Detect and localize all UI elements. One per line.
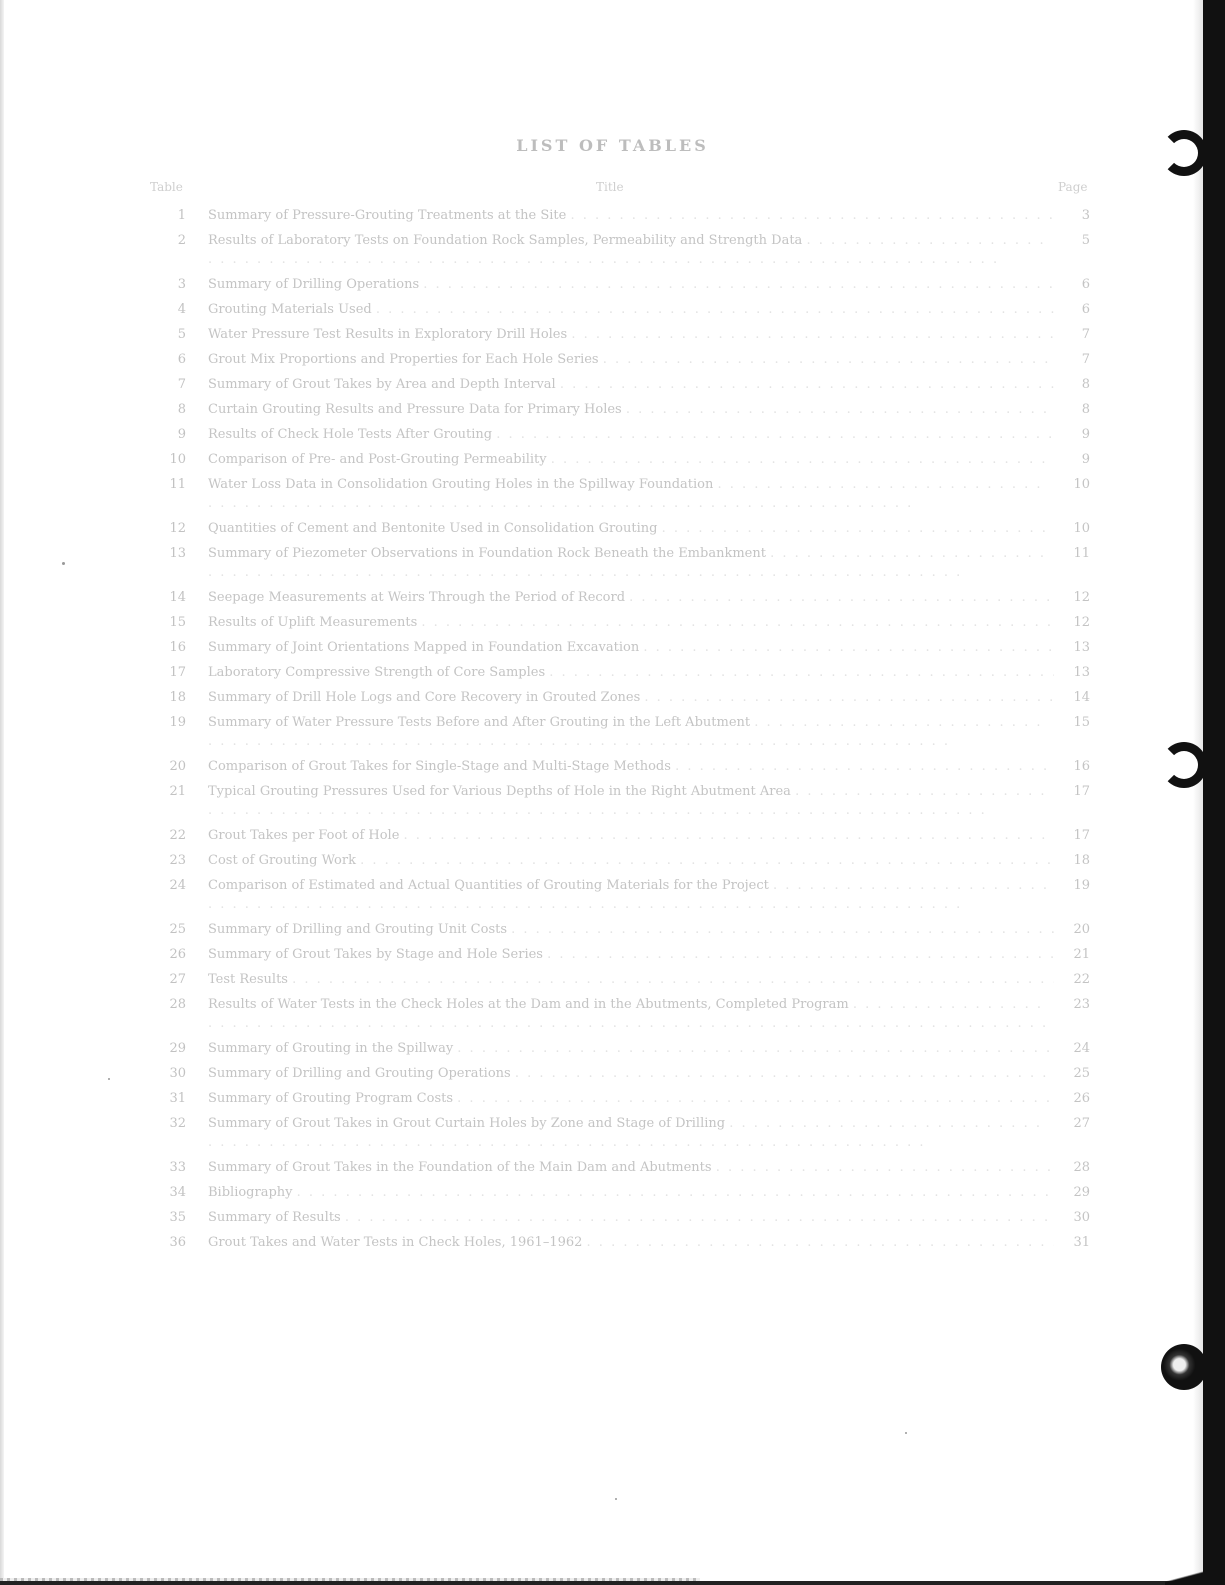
entry-page: 8 [1054, 400, 1090, 419]
entry-page: 25 [1054, 1064, 1090, 1083]
binder-edge [1203, 0, 1225, 1585]
entry-page: 30 [1054, 1208, 1090, 1227]
entry-title: Summary of Piezometer Observations in Fo… [208, 544, 1054, 582]
entry-number: 1 [150, 206, 208, 225]
entry-number: 2 [150, 231, 208, 250]
entry-title: Seepage Measurements at Weirs Through th… [208, 588, 1054, 607]
list-item: 18Summary of Drill Hole Logs and Core Re… [150, 688, 1090, 707]
scan-speck [615, 1498, 617, 1500]
entry-page: 15 [1054, 713, 1090, 732]
leader-dots: . . . . . . . . . . . . . . . . . . . . … [511, 922, 1054, 937]
entry-number: 36 [150, 1233, 208, 1252]
list-item: 36Grout Takes and Water Tests in Check H… [150, 1233, 1090, 1252]
entry-title: Comparison of Grout Takes for Single-Sta… [208, 757, 1054, 776]
column-header-page: Page [1058, 180, 1087, 194]
entry-title: Grouting Materials Used . . . . . . . . … [208, 300, 1054, 319]
leader-dots: . . . . . . . . . . . . . . . . . . . . … [570, 208, 1054, 223]
entry-number: 17 [150, 663, 208, 682]
leader-dots: . . . . . . . . . . . . . . . . . . . . … [292, 972, 1054, 987]
entry-page: 24 [1054, 1039, 1090, 1058]
entry-number: 13 [150, 544, 208, 563]
entry-title: Results of Laboratory Tests on Foundatio… [208, 231, 1054, 269]
entry-title: Curtain Grouting Results and Pressure Da… [208, 400, 1054, 419]
entry-number: 7 [150, 375, 208, 394]
entry-number: 27 [150, 970, 208, 989]
entry-page: 28 [1054, 1158, 1090, 1177]
entry-title: Summary of Grout Takes by Stage and Hole… [208, 945, 1054, 964]
list-item: 9Results of Check Hole Tests After Grout… [150, 425, 1090, 444]
entry-number: 21 [150, 782, 208, 801]
entry-number: 29 [150, 1039, 208, 1058]
leader-dots: . . . . . . . . . . . . . . . . . . . . … [629, 590, 1054, 605]
entry-title: Summary of Drilling and Grouting Operati… [208, 1064, 1054, 1083]
entry-title: Summary of Joint Orientations Mapped in … [208, 638, 1054, 657]
scan-corner [1165, 1565, 1225, 1585]
leader-dots: . . . . . . . . . . . . . . . . . . . . … [547, 947, 1054, 962]
list-item: 6Grout Mix Proportions and Properties fo… [150, 350, 1090, 369]
leader-dots: . . . . . . . . . . . . . . . . . . . . … [297, 1185, 1054, 1200]
scan-bottom-edge [0, 1581, 1225, 1585]
leader-dots: . . . . . . . . . . . . . . . . . . . . … [496, 427, 1054, 442]
entry-page: 12 [1054, 613, 1090, 632]
page-title: LIST OF TABLES [0, 136, 1225, 155]
entry-page: 11 [1054, 544, 1090, 563]
leader-dots: . . . . . . . . . . . . . . . . . . . . … [376, 302, 1054, 317]
entry-page: 18 [1054, 851, 1090, 870]
entry-number: 30 [150, 1064, 208, 1083]
entry-title: Grout Takes per Foot of Hole . . . . . .… [208, 826, 1054, 845]
leader-dots: . . . . . . . . . . . . . . . . . . . . … [515, 1066, 1054, 1081]
entry-page: 14 [1054, 688, 1090, 707]
entry-title: Summary of Grouting in the Spillway . . … [208, 1039, 1054, 1058]
leader-dots: . . . . . . . . . . . . . . . . . . . . … [716, 1160, 1054, 1175]
entry-number: 20 [150, 757, 208, 776]
entry-page: 10 [1054, 519, 1090, 538]
entry-number: 24 [150, 876, 208, 895]
scan-speck [62, 562, 65, 565]
entry-number: 33 [150, 1158, 208, 1177]
entry-page: 13 [1054, 638, 1090, 657]
entry-title: Results of Check Hole Tests After Grouti… [208, 425, 1054, 444]
entry-title: Summary of Drilling and Grouting Unit Co… [208, 920, 1054, 939]
entry-page: 7 [1054, 325, 1090, 344]
entry-title: Summary of Results . . . . . . . . . . .… [208, 1208, 1054, 1227]
entry-number: 16 [150, 638, 208, 657]
entry-page: 21 [1054, 945, 1090, 964]
entry-page: 29 [1054, 1183, 1090, 1202]
leader-dots: . . . . . . . . . . . . . . . . . . . . … [360, 853, 1054, 868]
entry-title: Summary of Drilling Operations . . . . .… [208, 275, 1054, 294]
list-item: 23Cost of Grouting Work . . . . . . . . … [150, 851, 1090, 870]
entry-page: 17 [1054, 826, 1090, 845]
list-item: 22Grout Takes per Foot of Hole . . . . .… [150, 826, 1090, 845]
list-item: 10Comparison of Pre- and Post-Grouting P… [150, 450, 1090, 469]
entry-title: Summary of Grout Takes in the Foundation… [208, 1158, 1054, 1177]
leader-dots: . . . . . . . . . . . . . . . . . . . . … [549, 665, 1054, 680]
entry-page: 20 [1054, 920, 1090, 939]
entry-number: 9 [150, 425, 208, 444]
list-item: 27Test Results . . . . . . . . . . . . .… [150, 970, 1090, 989]
list-item: 32Summary of Grout Takes in Grout Curtai… [150, 1114, 1090, 1152]
entry-page: 12 [1054, 588, 1090, 607]
list-item: 21Typical Grouting Pressures Used for Va… [150, 782, 1090, 820]
list-item: 31Summary of Grouting Program Costs . . … [150, 1089, 1090, 1108]
entry-title: Summary of Grouting Program Costs . . . … [208, 1089, 1054, 1108]
list-item: 3Summary of Drilling Operations . . . . … [150, 275, 1090, 294]
entry-page: 9 [1054, 425, 1090, 444]
entry-number: 14 [150, 588, 208, 607]
entry-number: 26 [150, 945, 208, 964]
entry-number: 28 [150, 995, 208, 1014]
scan-speck [905, 1432, 907, 1434]
list-item: 14Seepage Measurements at Weirs Through … [150, 588, 1090, 607]
entry-page: 8 [1054, 375, 1090, 394]
entry-page: 26 [1054, 1089, 1090, 1108]
column-header-number: Table [150, 180, 183, 194]
list-item: 19Summary of Water Pressure Tests Before… [150, 713, 1090, 751]
entry-number: 3 [150, 275, 208, 294]
list-item: 1Summary of Pressure-Grouting Treatments… [150, 206, 1090, 225]
entry-page: 31 [1054, 1233, 1090, 1252]
list-item: 24Comparison of Estimated and Actual Qua… [150, 876, 1090, 914]
leader-dots: . . . . . . . . . . . . . . . . . . . . … [587, 1235, 1054, 1250]
leader-dots: . . . . . . . . . . . . . . . . . . . . … [404, 828, 1054, 843]
list-item: 8Curtain Grouting Results and Pressure D… [150, 400, 1090, 419]
entry-number: 5 [150, 325, 208, 344]
entry-page: 23 [1054, 995, 1090, 1014]
entry-number: 34 [150, 1183, 208, 1202]
entry-title: Typical Grouting Pressures Used for Vari… [208, 782, 1054, 820]
column-header-title: Title [596, 180, 624, 194]
entry-number: 32 [150, 1114, 208, 1133]
leader-dots: . . . . . . . . . . . . . . . . . . . . … [551, 452, 1054, 467]
entry-number: 35 [150, 1208, 208, 1227]
leader-dots: . . . . . . . . . . . . . . . . . . . . … [675, 759, 1054, 774]
scan-speck [108, 1078, 110, 1080]
entry-title: Grout Mix Proportions and Properties for… [208, 350, 1054, 369]
leader-dots: . . . . . . . . . . . . . . . . . . . . … [457, 1041, 1054, 1056]
entry-page: 10 [1054, 475, 1090, 494]
entry-page: 6 [1054, 275, 1090, 294]
entry-page: 22 [1054, 970, 1090, 989]
leader-dots: . . . . . . . . . . . . . . . . . . . . … [644, 690, 1054, 705]
entry-page: 5 [1054, 231, 1090, 250]
entry-number: 18 [150, 688, 208, 707]
list-item: 4Grouting Materials Used . . . . . . . .… [150, 300, 1090, 319]
entry-title: Quantities of Cement and Bentonite Used … [208, 519, 1054, 538]
leader-dots: . . . . . . . . . . . . . . . . . . . . … [571, 327, 1054, 342]
list-item: 7Summary of Grout Takes by Area and Dept… [150, 375, 1090, 394]
list-item: 26Summary of Grout Takes by Stage and Ho… [150, 945, 1090, 964]
page-left-edge [0, 0, 4, 1585]
entry-title: Summary of Pressure-Grouting Treatments … [208, 206, 1054, 225]
entry-number: 11 [150, 475, 208, 494]
entry-title: Cost of Grouting Work . . . . . . . . . … [208, 851, 1054, 870]
list-item: 20Comparison of Grout Takes for Single-S… [150, 757, 1090, 776]
entry-page: 27 [1054, 1114, 1090, 1133]
entry-page: 9 [1054, 450, 1090, 469]
list-item: 17Laboratory Compressive Strength of Cor… [150, 663, 1090, 682]
entry-title: Laboratory Compressive Strength of Core … [208, 663, 1054, 682]
entry-page: 17 [1054, 782, 1090, 801]
entry-page: 6 [1054, 300, 1090, 319]
list-item: 30Summary of Drilling and Grouting Opera… [150, 1064, 1090, 1083]
entry-title: Test Results . . . . . . . . . . . . . .… [208, 970, 1054, 989]
list-item: 13Summary of Piezometer Observations in … [150, 544, 1090, 582]
list-item: 35Summary of Results . . . . . . . . . .… [150, 1208, 1090, 1227]
entry-title: Summary of Grout Takes by Area and Depth… [208, 375, 1054, 394]
list-item: 33Summary of Grout Takes in the Foundati… [150, 1158, 1090, 1177]
entry-title: Bibliography . . . . . . . . . . . . . .… [208, 1183, 1054, 1202]
entry-number: 10 [150, 450, 208, 469]
leader-dots: . . . . . . . . . . . . . . . . . . . . … [421, 615, 1054, 630]
entry-number: 22 [150, 826, 208, 845]
list-item: 12Quantities of Cement and Bentonite Use… [150, 519, 1090, 538]
entry-page: 16 [1054, 757, 1090, 776]
entry-title: Comparison of Pre- and Post-Grouting Per… [208, 450, 1054, 469]
entry-page: 19 [1054, 876, 1090, 895]
leader-dots: . . . . . . . . . . . . . . . . . . . . … [457, 1091, 1054, 1106]
list-item: 16Summary of Joint Orientations Mapped i… [150, 638, 1090, 657]
entry-title: Summary of Water Pressure Tests Before a… [208, 713, 1054, 751]
punch-hole-icon [1161, 1344, 1207, 1390]
entry-page: 7 [1054, 350, 1090, 369]
entry-number: 15 [150, 613, 208, 632]
entry-page: 13 [1054, 663, 1090, 682]
entry-title: Water Loss Data in Consolidation Groutin… [208, 475, 1054, 513]
list-item: 29Summary of Grouting in the Spillway . … [150, 1039, 1090, 1058]
entry-title: Results of Uplift Measurements . . . . .… [208, 613, 1054, 632]
entry-number: 23 [150, 851, 208, 870]
list-item: 5Water Pressure Test Results in Explorat… [150, 325, 1090, 344]
entry-number: 31 [150, 1089, 208, 1108]
entry-page: 3 [1054, 206, 1090, 225]
leader-dots: . . . . . . . . . . . . . . . . . . . . … [662, 521, 1054, 536]
entry-number: 4 [150, 300, 208, 319]
leader-dots: . . . . . . . . . . . . . . . . . . . . … [643, 640, 1054, 655]
leader-dots: . . . . . . . . . . . . . . . . . . . . … [560, 377, 1054, 392]
table-of-tables-list: 1Summary of Pressure-Grouting Treatments… [150, 206, 1090, 1258]
leader-dots: . . . . . . . . . . . . . . . . . . . . … [345, 1210, 1054, 1225]
entry-number: 8 [150, 400, 208, 419]
leader-dots: . . . . . . . . . . . . . . . . . . . . … [603, 352, 1054, 367]
entry-number: 19 [150, 713, 208, 732]
scanned-page: LIST OF TABLES Table Title Page 1Summary… [0, 0, 1225, 1585]
list-item: 34Bibliography . . . . . . . . . . . . .… [150, 1183, 1090, 1202]
entry-number: 25 [150, 920, 208, 939]
list-item: 15Results of Uplift Measurements . . . .… [150, 613, 1090, 632]
entry-title: Comparison of Estimated and Actual Quant… [208, 876, 1054, 914]
punch-hole-icon [1161, 742, 1207, 788]
entry-number: 12 [150, 519, 208, 538]
entry-title: Summary of Grout Takes in Grout Curtain … [208, 1114, 1054, 1152]
list-item: 28Results of Water Tests in the Check Ho… [150, 995, 1090, 1033]
list-item: 11Water Loss Data in Consolidation Grout… [150, 475, 1090, 513]
list-item: 25Summary of Drilling and Grouting Unit … [150, 920, 1090, 939]
entry-title: Results of Water Tests in the Check Hole… [208, 995, 1054, 1033]
list-item: 2Results of Laboratory Tests on Foundati… [150, 231, 1090, 269]
entry-title: Grout Takes and Water Tests in Check Hol… [208, 1233, 1054, 1252]
leader-dots: . . . . . . . . . . . . . . . . . . . . … [423, 277, 1054, 292]
entry-number: 6 [150, 350, 208, 369]
entry-title: Summary of Drill Hole Logs and Core Reco… [208, 688, 1054, 707]
entry-title: Water Pressure Test Results in Explorato… [208, 325, 1054, 344]
leader-dots: . . . . . . . . . . . . . . . . . . . . … [626, 402, 1054, 417]
